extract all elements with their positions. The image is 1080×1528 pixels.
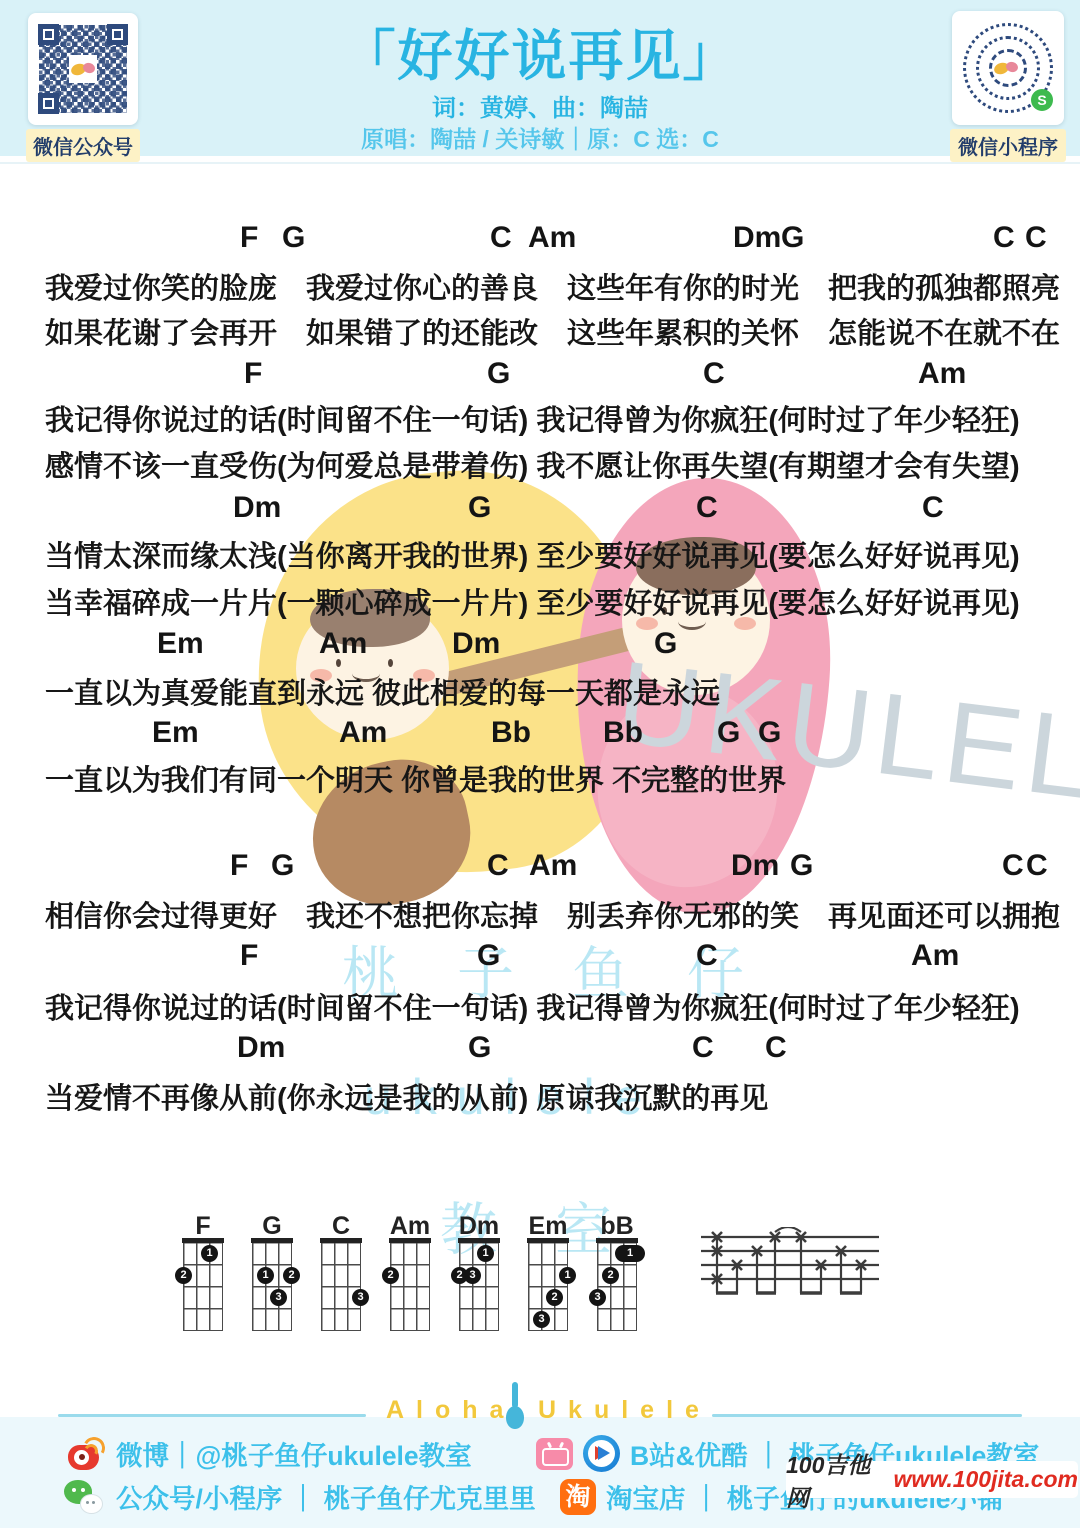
footer-link-label: 微博｜@桃子鱼仔ukulele教室 (116, 1434, 472, 1473)
footer-link-weibo[interactable]: 微博｜@桃子鱼仔ukulele教室 (68, 1434, 472, 1473)
footer-link-label: 公众号/小程序 ｜ 桃子鱼仔尤克里里 (116, 1477, 536, 1516)
footer-links: 微博｜@桃子鱼仔ukulele教室B站&优酷 ｜ 桃子鱼仔ukulele教室公众… (0, 0, 1080, 1528)
bilibili-icon (536, 1438, 573, 1470)
site-name: 100吉他网 (786, 1447, 885, 1513)
weibo-icon (68, 1437, 106, 1471)
youku-play-icon (583, 1435, 620, 1472)
site-url[interactable]: www.100jita.com (894, 1466, 1079, 1493)
site-watermark-badge: 100吉他网 www.100jita.com (786, 1461, 1078, 1498)
footer-link-wechat[interactable]: 公众号/小程序 ｜ 桃子鱼仔尤克里里 (64, 1477, 536, 1516)
wechat-icon (64, 1480, 106, 1514)
taobao-icon: 淘 (560, 1479, 596, 1515)
chord-sheet-page: 微信公众号 「好好说再见」 词：黄婷、曲：陶喆 原唱：陶喆 / 关诗敏｜原：C … (0, 0, 1080, 1528)
